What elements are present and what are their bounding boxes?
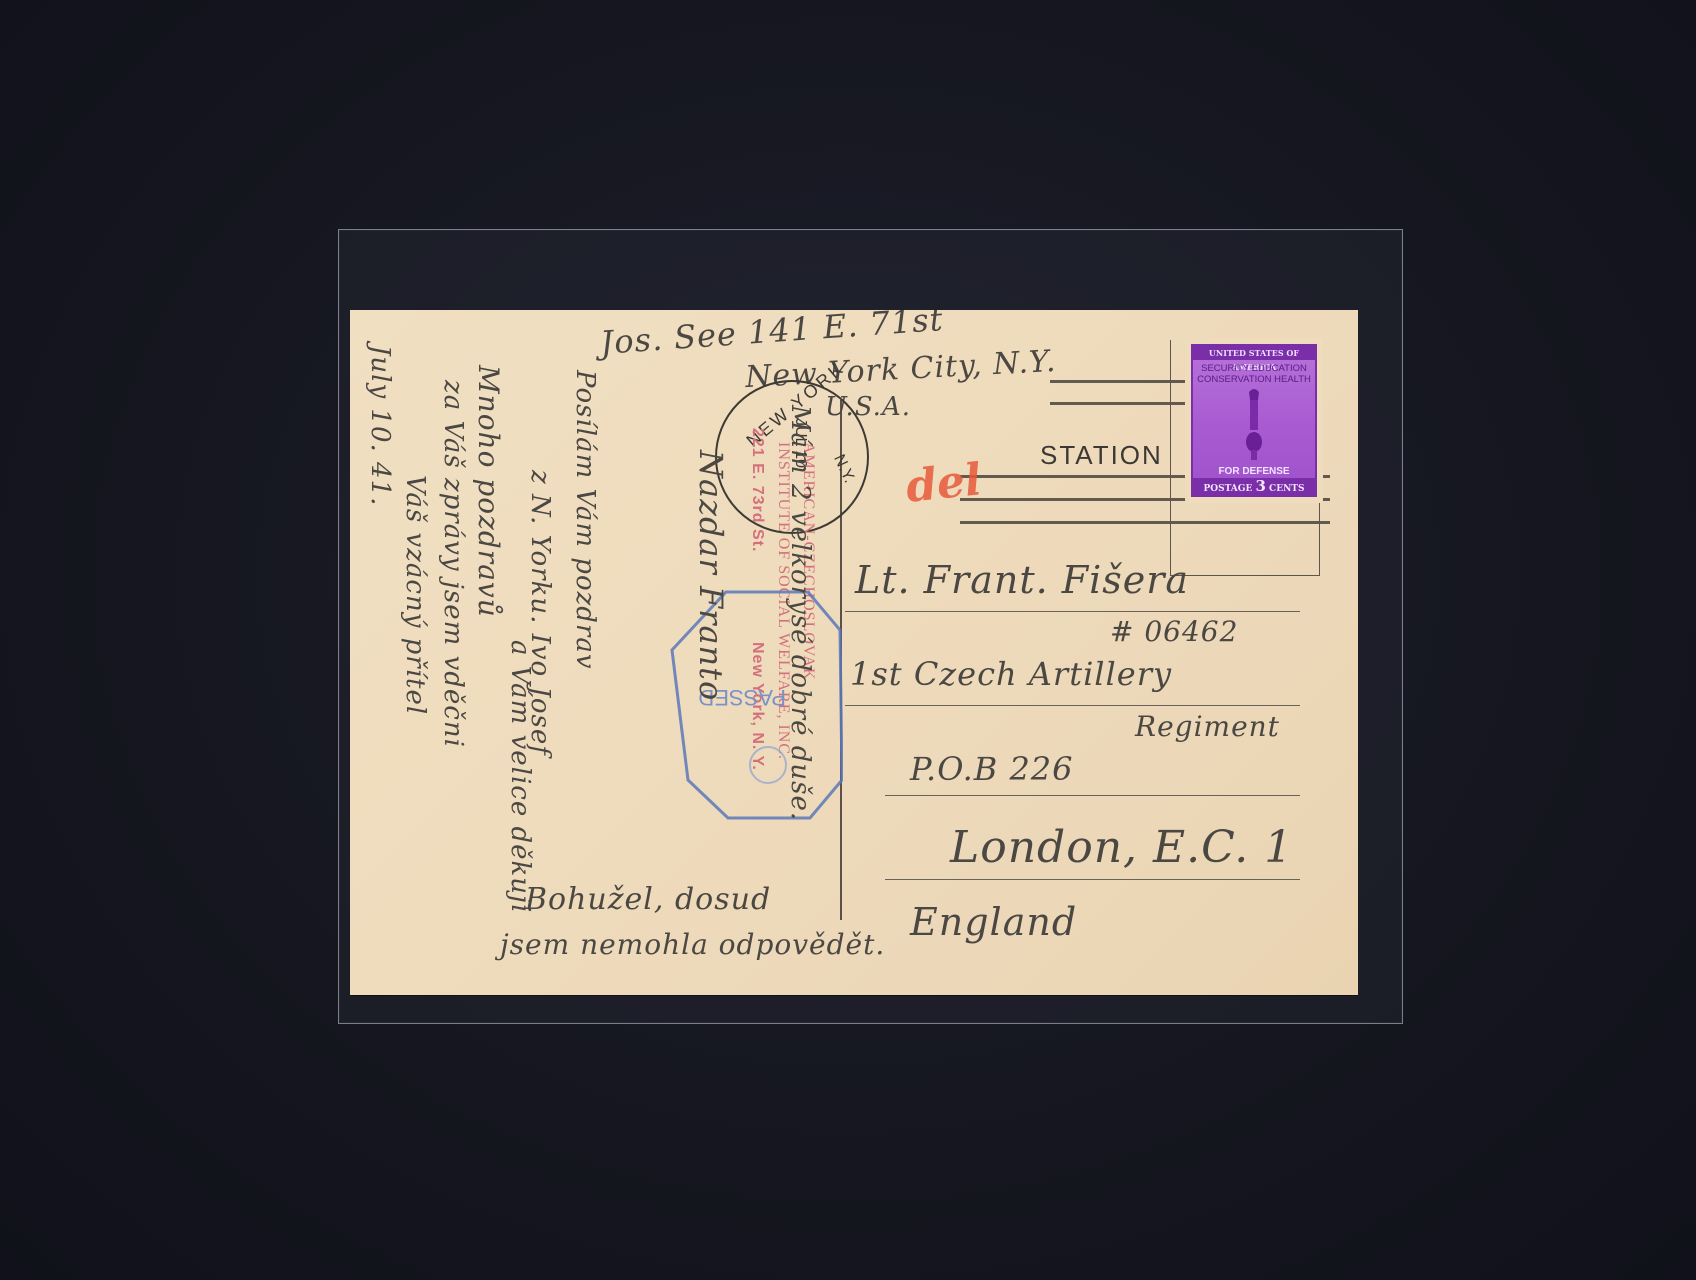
- message-line-5: a Vám velice děkuji: [505, 640, 535, 913]
- message-line-7: July 10. 41.: [365, 345, 395, 506]
- message-line-2: Posílám Vám pozdrav: [570, 370, 600, 670]
- stamp-value: 3: [1255, 477, 1265, 495]
- message-bottom-1: Bohužel, dosud: [525, 882, 771, 917]
- message-line-6: Váš vzácný přítel: [400, 475, 430, 715]
- postcard: Jos. See 141 E. 71st New York City, N.Y.…: [350, 310, 1358, 995]
- stamp-postage-label: POSTAGE: [1203, 484, 1252, 494]
- recipient-unit-1: 1st Czech Artillery: [850, 655, 1172, 693]
- address-line-4: [885, 879, 1300, 880]
- stamp-words-1: SECURITY EDUCATION: [1196, 363, 1312, 374]
- stamp-words: SECURITY EDUCATION CONSERVATION HEALTH: [1196, 363, 1312, 385]
- stamp-cents-label: CENTS: [1269, 484, 1304, 494]
- address-line-3: [885, 795, 1300, 796]
- message-line-4: za Váš zprávy jsem vděčni: [438, 380, 468, 748]
- torch-icon: [1245, 388, 1263, 460]
- recipient-city: London, E.C. 1: [950, 822, 1293, 873]
- message-line-1: Mnoho pozdravů: [472, 365, 505, 618]
- stamp-country: UNITED STATES OF AMERICA: [1193, 346, 1315, 360]
- recipient-name: Lt. Frant. Fišera: [855, 558, 1189, 602]
- postmark-state: N.Y.: [829, 452, 858, 486]
- message-bottom-2: jsem nemohla odpovědět.: [500, 928, 885, 961]
- stamp-denomination: POSTAGE 3 CENTS: [1193, 478, 1315, 495]
- recipient-number: # 06462: [1110, 615, 1238, 648]
- station-cancel-text: STATION: [1040, 440, 1163, 471]
- message-greeting: Nazdar Franto: [692, 450, 730, 701]
- postage-stamp: UNITED STATES OF AMERICA SECURITY EDUCAT…: [1185, 338, 1323, 503]
- red-crayon-mark: del: [904, 454, 984, 513]
- stamp-words-2: CONSERVATION HEALTH: [1196, 374, 1312, 385]
- message-column-note: Mám 2 velkorysé dobré duše.: [785, 405, 815, 821]
- institute-stamp-address: 221 E. 73rd St.: [748, 428, 766, 552]
- address-line-1: [845, 611, 1300, 612]
- recipient-pob: P.O.B 226: [910, 750, 1074, 788]
- recipient-country: England: [910, 900, 1077, 944]
- stamp-caption: FOR DEFENSE: [1193, 466, 1315, 477]
- address-line-2: [845, 705, 1300, 706]
- recipient-unit-2: Regiment: [1135, 710, 1280, 743]
